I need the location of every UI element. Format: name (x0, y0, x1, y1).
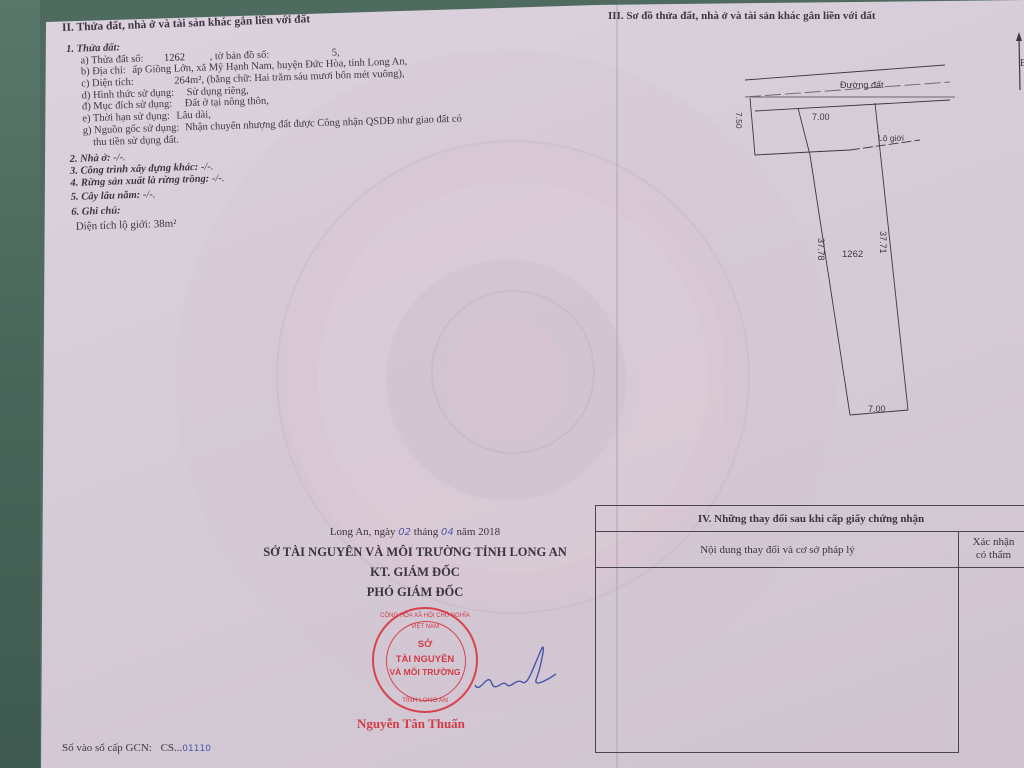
signer-role-2: PHÓ GIÁM ĐỐC (240, 582, 590, 602)
official-seal: CỘNG HÒA XÃ HỘI CHỦ NGHĨA VIỆT NAM SỞ TÀ… (372, 607, 478, 713)
column-header-changes: Nội dung thay đổi và cơ sở pháp lý (595, 531, 959, 568)
signature-block: Long An, ngày 02 tháng 04 năm 2018 SỞ TÀ… (240, 522, 590, 602)
changes-cell (595, 567, 959, 753)
section3-title: III. Sơ đồ thửa đất, nhà ở và tài sản kh… (608, 10, 876, 22)
setback-label: Lộ giới (878, 133, 904, 143)
parcel-number: 1262 (164, 52, 185, 64)
column-header-confirmation: Xác nhận có thẩm (958, 531, 1024, 567)
north-arrow-icon: B (1015, 32, 1024, 92)
parcel-label: 1262 (842, 249, 863, 260)
section4-title: IV. Những thay đổi sau khi cấp giấy chứn… (595, 505, 1024, 532)
road-label: Đường đất (840, 80, 884, 90)
background-surface (0, 0, 40, 768)
confirmation-cell (958, 567, 1024, 752)
parcel-diagram: Đường đất 7.00 Lộ giới 7.50 37.78 37.71 … (730, 60, 960, 440)
map-sheet-number: 5, (332, 47, 340, 58)
issue-day: 02 (398, 527, 411, 538)
dim-bottom: 7.00 (868, 404, 886, 414)
register-number-value: 01110 (182, 744, 211, 754)
watermark-emblem-center (431, 290, 595, 454)
signer-role-1: KT. GIÁM ĐỐC (240, 562, 590, 582)
handwritten-signature (470, 640, 560, 700)
dim-setback: 7.50 (734, 112, 744, 129)
dim-right: 37.71 (878, 231, 888, 254)
dim-left: 37.78 (816, 238, 826, 261)
signer-name: Nguyễn Tân Thuấn (357, 716, 465, 732)
register-number: Số vào sổ cấp GCN: CS...01110 (62, 742, 211, 754)
issue-date: Long An, ngày 02 tháng 04 năm 2018 (240, 522, 590, 542)
changes-table: IV. Những thay đổi sau khi cấp giấy chứn… (595, 505, 1024, 750)
issuing-authority: SỞ TÀI NGUYÊN VÀ MÔI TRƯỜNG TỈNH LONG AN (240, 542, 590, 562)
purpose-value: Đất ở tại nông thôn, (185, 96, 269, 110)
land-info-block: 1. Thửa đất: a) Thửa đất số: 1262 , tờ b… (66, 32, 465, 234)
term-value: Lâu dài, (176, 110, 211, 122)
svg-text:B: B (1020, 58, 1024, 69)
issue-month: 04 (441, 527, 454, 538)
dim-top: 7.00 (812, 112, 830, 122)
